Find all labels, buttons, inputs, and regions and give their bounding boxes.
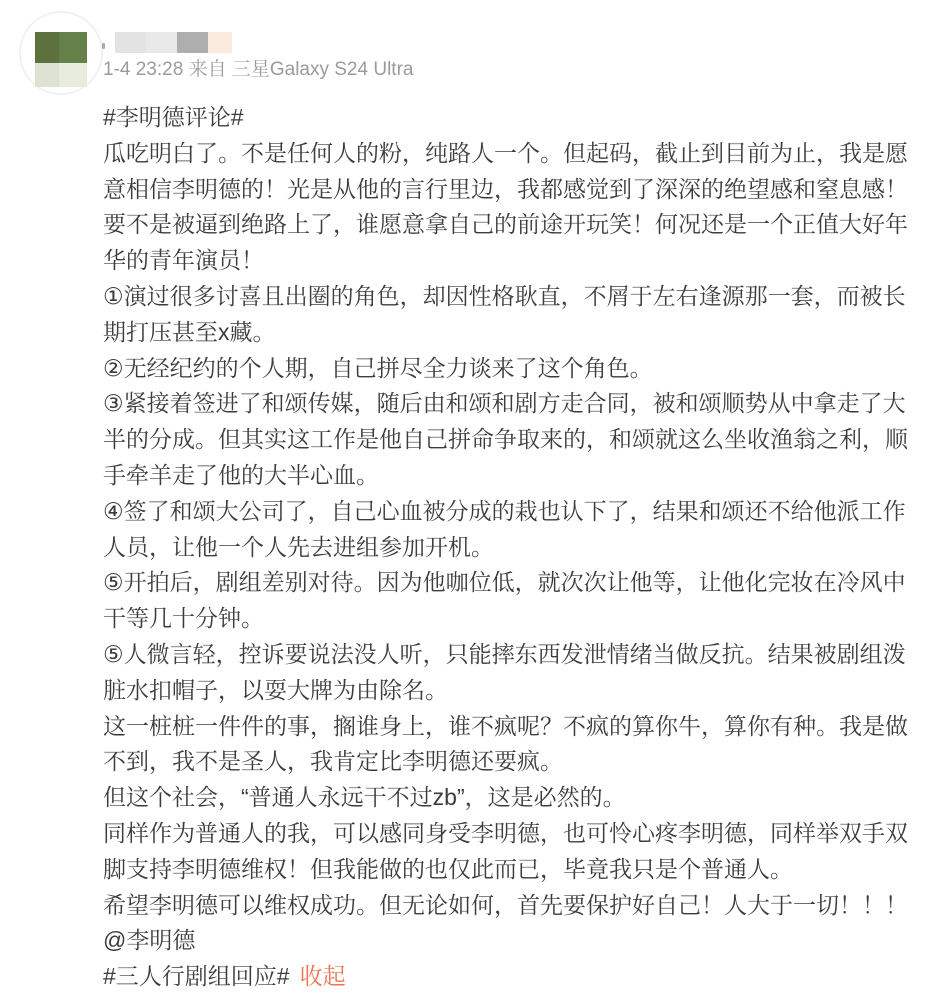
- post-text-line: 同样作为普通人的我，可以感同身受李明德，也可怜心疼李明德，同样举双手双: [103, 816, 923, 852]
- post-text-line: 意相信李明德的！光是从他的言行里边，我都感觉到了深深的绝望感和窒息感！: [103, 172, 923, 208]
- post-text-line: 干等几十分钟。: [103, 601, 923, 637]
- weibo-post: 1-4 23:28 来自 三星Galaxy S24 Ultra #李明德评论# …: [0, 0, 934, 1002]
- mention-link[interactable]: @李明德: [103, 923, 923, 959]
- avatar-pixel-block: [35, 32, 59, 63]
- post-text-line: ①演过很多讨喜且出圈的角色，却因性格耿直，不屑于左右逢源那一套，而被长: [103, 279, 923, 315]
- post-text-line: 不到，我不是圣人，我肯定比李明德还要疯。: [103, 744, 923, 780]
- post-text-line: ⑤人微言轻，控诉要说法没人听，只能摔东西发泄情绪当做反抗。结果被剧组泼: [103, 637, 923, 673]
- avatar-pixel-block: [59, 63, 87, 87]
- post-meta: 1-4 23:28 来自 三星Galaxy S24 Ultra: [103, 59, 413, 81]
- post-text-line: 要不是被逼到绝路上了，谁愿意拿自己的前途开玩笑！何况还是一个正值大好年: [103, 207, 923, 243]
- post-text-line: 这一桩桩一件件的事，搁谁身上，谁不疯呢？不疯的算你牛，算你有种。我是做: [103, 709, 923, 745]
- post-text-line: ④签了和颂大公司了，自己心血被分成的栽也认下了，结果和颂还不给他派工作: [103, 494, 923, 530]
- redaction-block: [208, 32, 232, 53]
- post-text-line: 半的分成。但其实这工作是他自己拼命争取来的，和颂就这么坐收渔翁之利，顺: [103, 422, 923, 458]
- avatar[interactable]: [19, 11, 103, 95]
- redaction-block: [115, 32, 146, 53]
- post-text-line: 希望李明德可以维权成功。但无论如何，首先要保护好自己！人大于一切！！！: [103, 888, 923, 924]
- post-text-line: 华的青年演员！: [103, 243, 923, 279]
- redaction-block: [146, 32, 177, 53]
- username-redaction-blocks: [115, 32, 232, 53]
- post-body: #李明德评论# 瓜吃明白了。不是任何人的粉，纯路人一个。但起码，截止到目前为止，…: [103, 100, 923, 995]
- post-text-line: 人员，让他一个人先去进组参加开机。: [103, 530, 923, 566]
- post-text-line: ③紧接着签进了和颂传媒，随后由和颂和剧方走合同，被和颂顺势从中拿走了大: [103, 386, 923, 422]
- username-redaction-mark: [102, 43, 105, 49]
- footer-hashtag-link[interactable]: #三人行剧组回应#: [103, 963, 290, 989]
- post-text-line: ⑤开拍后，剧组差别对待。因为他咖位低，就次次让他等，让他化完妆在冷风中: [103, 565, 923, 601]
- post-text-line: 瓜吃明白了。不是任何人的粉，纯路人一个。但起码，截止到目前为止，我是愿: [103, 136, 923, 172]
- post-text-line: 期打压甚至x藏。: [103, 315, 923, 351]
- post-text-line: 手牵羊走了他的大半心血。: [103, 458, 923, 494]
- avatar-pixel-block: [35, 63, 59, 87]
- post-text-line: 脚支持李明德维权！但我能做的也仅此而已，毕竟我只是个普通人。: [103, 852, 923, 888]
- post-footer-line: #三人行剧组回应#收起: [103, 959, 923, 995]
- avatar-pixel-block: [59, 32, 87, 63]
- avatar-image: [35, 32, 87, 87]
- collapse-link[interactable]: 收起: [300, 963, 346, 989]
- post-text-line: 但这个社会，“普通人永远干不过zb”，这是必然的。: [103, 780, 923, 816]
- hashtag-topic-link[interactable]: #李明德评论#: [103, 100, 923, 136]
- redaction-block: [177, 32, 208, 53]
- post-text-line: 脏水扣帽子，以耍大牌为由除名。: [103, 673, 923, 709]
- post-text-line: ②无经纪约的个人期，自己拼尽全力谈来了这个角色。: [103, 351, 923, 387]
